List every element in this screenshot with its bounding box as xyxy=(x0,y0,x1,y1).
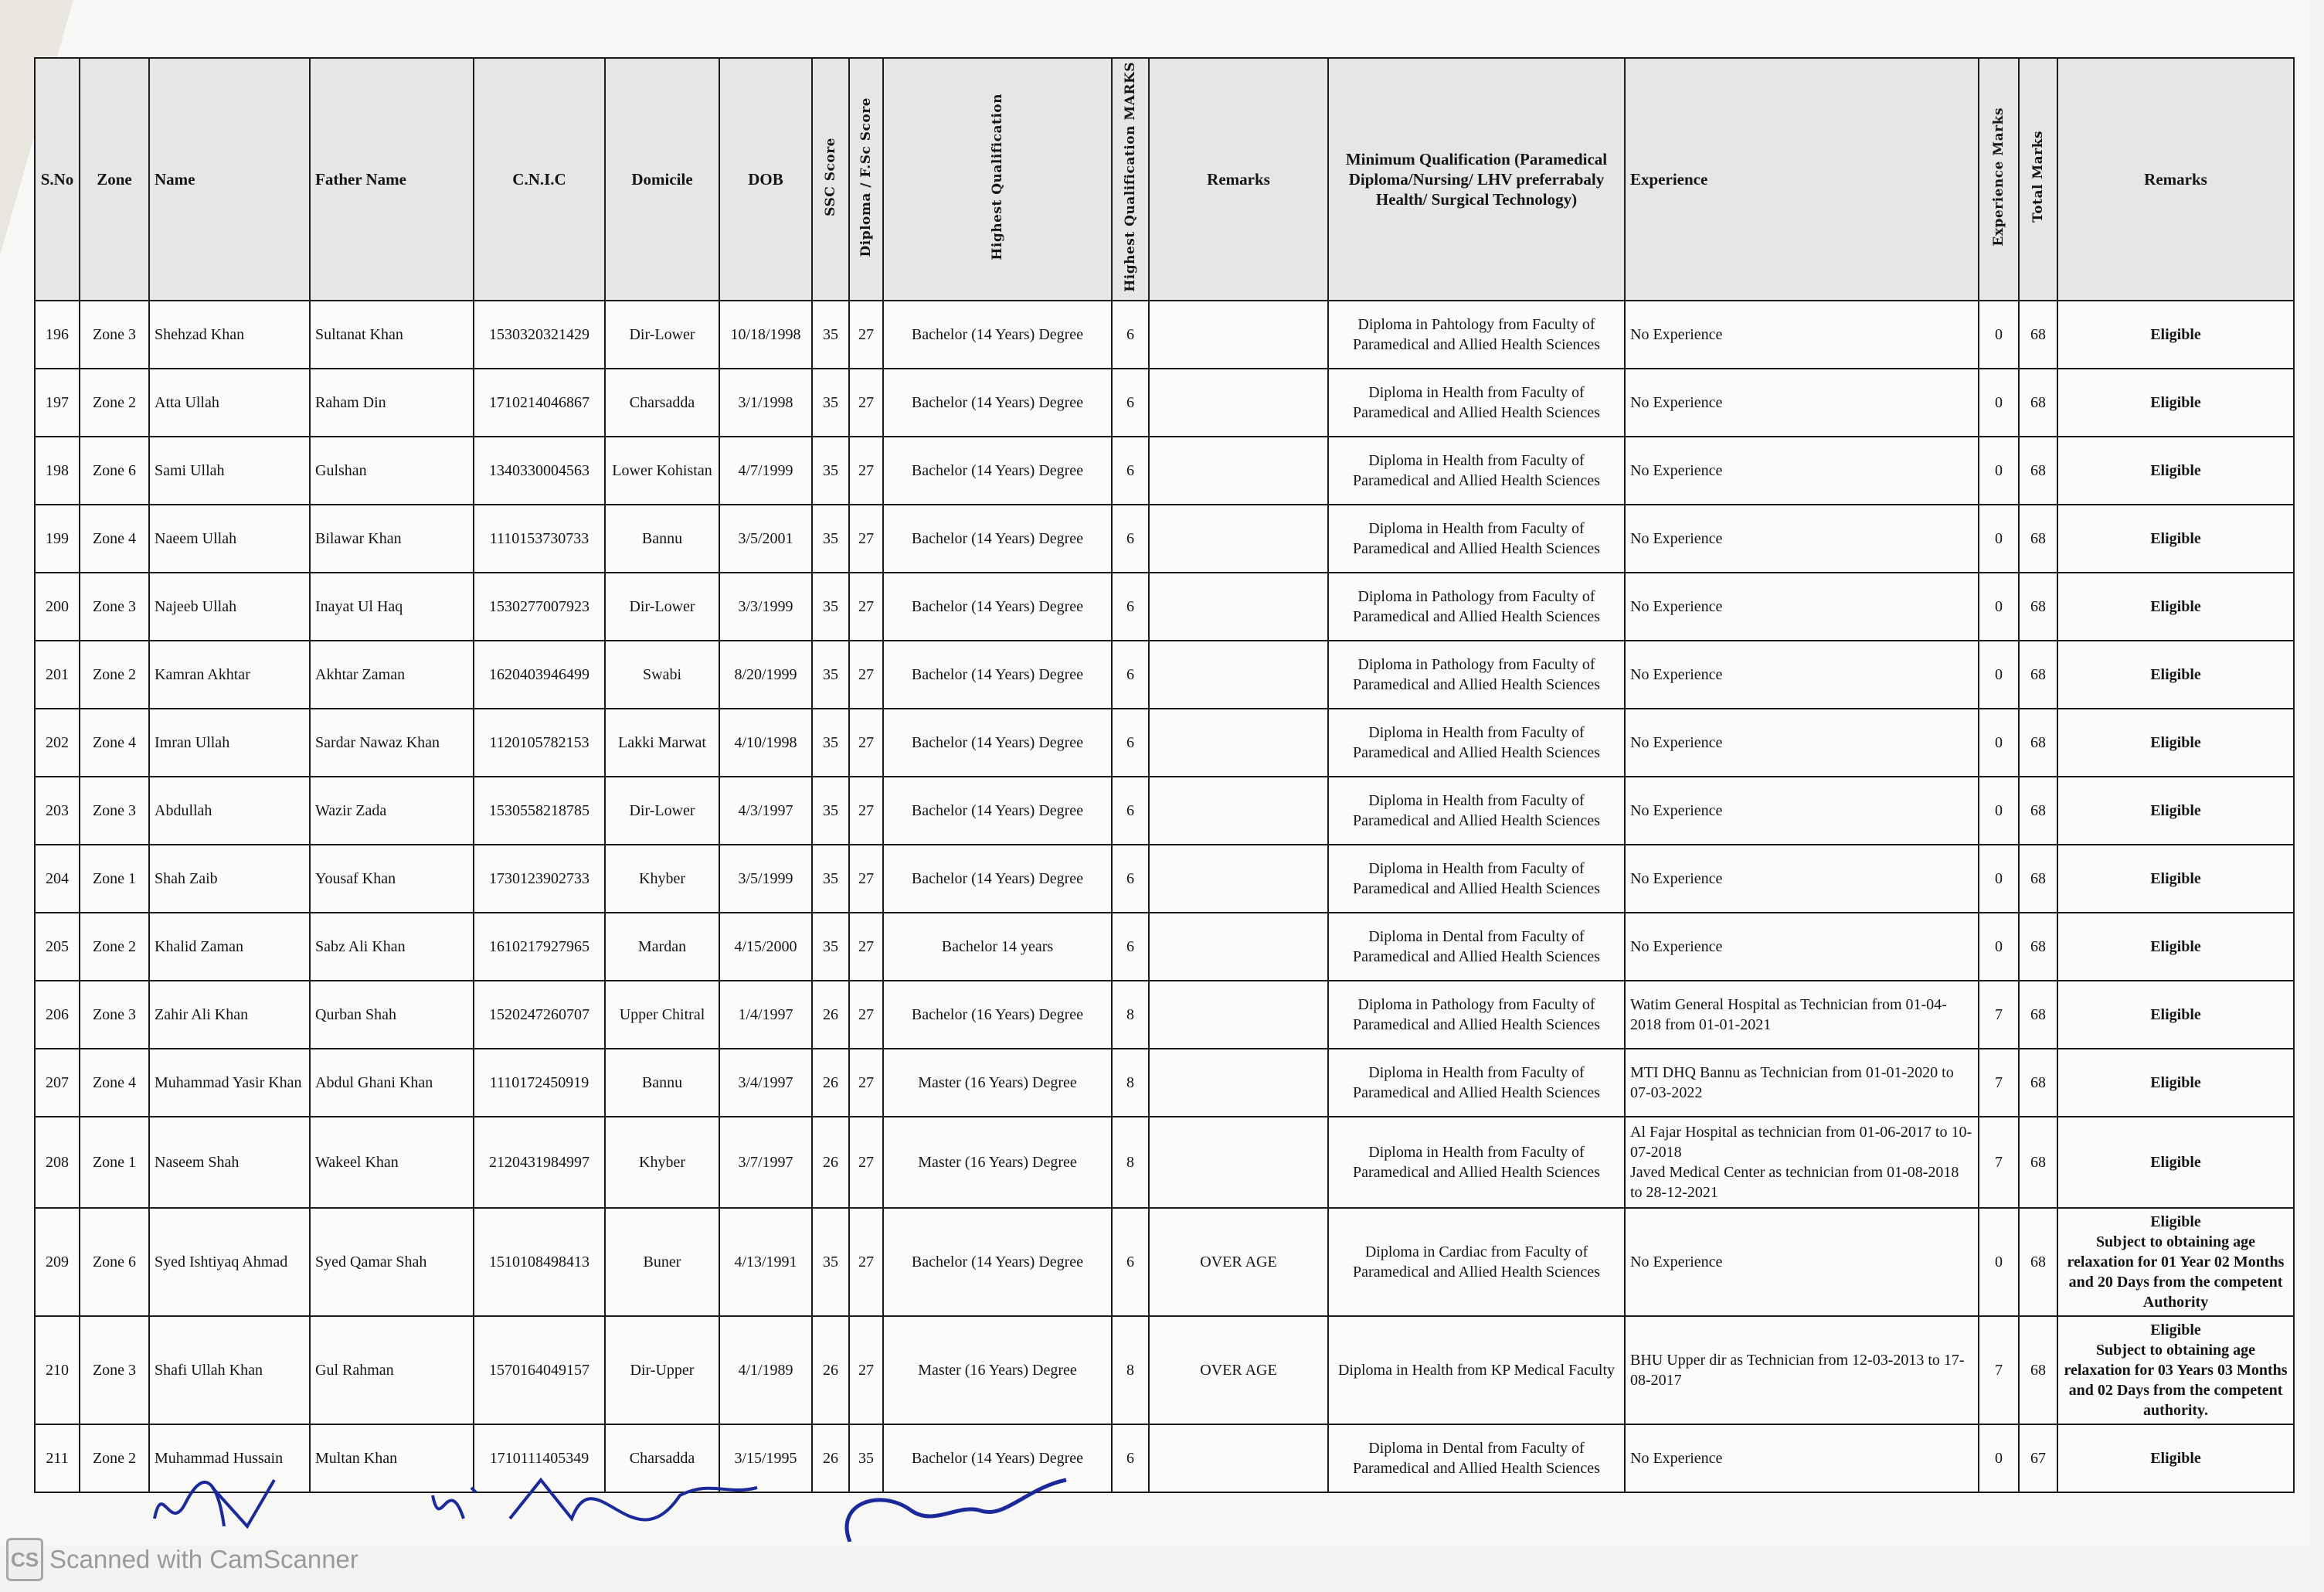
table-row: 196Zone 3Shehzad KhanSultanat Khan153032… xyxy=(35,301,2294,369)
header-diploma-score: Diploma / F.Sc Score xyxy=(849,58,883,301)
cell-dob: 3/5/1999 xyxy=(719,845,812,913)
cell-ssc-score: 35 xyxy=(812,709,849,777)
header-total-marks-label: Total Marks xyxy=(2028,131,2048,223)
cell-total-marks: 68 xyxy=(2019,505,2057,573)
cell-hq-marks: 6 xyxy=(1112,369,1149,437)
cell-hq-marks: 8 xyxy=(1112,1316,1149,1424)
cell-experience: No Experience xyxy=(1625,369,1979,437)
cell-min-qualification: Diploma in Dental from Faculty of Parame… xyxy=(1328,1424,1625,1492)
cell-highest-qualification: Bachelor (14 Years) Degree xyxy=(883,777,1112,845)
table-row: 202Zone 4Imran UllahSardar Nawaz Khan112… xyxy=(35,709,2294,777)
cell-cnic: 1570164049157 xyxy=(474,1316,605,1424)
cell-diploma-score: 27 xyxy=(849,1208,883,1316)
cell-zone: Zone 4 xyxy=(80,1049,149,1117)
cell-highest-qualification: Bachelor (14 Years) Degree xyxy=(883,709,1112,777)
cell-name: Naeem Ullah xyxy=(149,505,310,573)
cell-total-marks: 68 xyxy=(2019,1208,2057,1316)
cell-highest-qualification: Bachelor (14 Years) Degree xyxy=(883,573,1112,641)
cell-highest-qualification: Bachelor (16 Years) Degree xyxy=(883,981,1112,1049)
cell-remarks xyxy=(1149,913,1328,981)
cell-ssc-score: 35 xyxy=(812,777,849,845)
cell-zone: Zone 3 xyxy=(80,1316,149,1424)
cell-ssc-score: 35 xyxy=(812,437,849,505)
cell-diploma-score: 27 xyxy=(849,505,883,573)
header-sno: S.No xyxy=(35,58,80,301)
cell-total-marks: 68 xyxy=(2019,845,2057,913)
table-row: 210Zone 3Shafi Ullah KhanGul Rahman15701… xyxy=(35,1316,2294,1424)
cell-dob: 4/7/1999 xyxy=(719,437,812,505)
table-row: 207Zone 4Muhammad Yasir KhanAbdul Ghani … xyxy=(35,1049,2294,1117)
cell-remarks xyxy=(1149,981,1328,1049)
cell-experience: BHU Upper dir as Technician from 12-03-2… xyxy=(1625,1316,1979,1424)
cell-sno: 197 xyxy=(35,369,80,437)
cell-zone: Zone 2 xyxy=(80,369,149,437)
header-diploma-score-label: Diploma / F.Sc Score xyxy=(856,97,876,257)
cell-hq-marks: 6 xyxy=(1112,505,1149,573)
cell-remarks xyxy=(1149,573,1328,641)
table-body: 196Zone 3Shehzad KhanSultanat Khan153032… xyxy=(35,301,2294,1492)
cell-min-qualification: Diploma in Health from Faculty of Parame… xyxy=(1328,437,1625,505)
cell-name: Sami Ullah xyxy=(149,437,310,505)
cell-cnic: 1610217927965 xyxy=(474,913,605,981)
cell-diploma-score: 27 xyxy=(849,845,883,913)
cell-name: Naseem Shah xyxy=(149,1117,310,1208)
header-remarks-2: Remarks xyxy=(2057,58,2294,301)
cell-ssc-score: 35 xyxy=(812,641,849,709)
cell-eligibility: Eligible xyxy=(2057,505,2294,573)
cell-name: Khalid Zaman xyxy=(149,913,310,981)
table-row: 200Zone 3Najeeb UllahInayat Ul Haq153027… xyxy=(35,573,2294,641)
cell-min-qualification: Diploma in Health from Faculty of Parame… xyxy=(1328,777,1625,845)
table-row: 203Zone 3AbdullahWazir Zada1530558218785… xyxy=(35,777,2294,845)
cell-domicile: Bannu xyxy=(605,505,719,573)
cell-highest-qualification: Master (16 Years) Degree xyxy=(883,1117,1112,1208)
cell-cnic: 1110153730733 xyxy=(474,505,605,573)
cell-experience-marks: 7 xyxy=(1979,1316,2019,1424)
cell-ssc-score: 35 xyxy=(812,573,849,641)
cell-ssc-score: 35 xyxy=(812,1208,849,1316)
cell-experience-marks: 0 xyxy=(1979,437,2019,505)
cell-name: Najeeb Ullah xyxy=(149,573,310,641)
cell-experience: No Experience xyxy=(1625,845,1979,913)
cell-experience-marks: 0 xyxy=(1979,845,2019,913)
cell-total-marks: 68 xyxy=(2019,777,2057,845)
header-dob: DOB xyxy=(719,58,812,301)
cell-diploma-score: 27 xyxy=(849,641,883,709)
cell-name: Imran Ullah xyxy=(149,709,310,777)
signatures xyxy=(139,1472,1221,1542)
cell-remarks xyxy=(1149,301,1328,369)
cell-zone: Zone 3 xyxy=(80,301,149,369)
cell-dob: 1/4/1997 xyxy=(719,981,812,1049)
cell-total-marks: 68 xyxy=(2019,913,2057,981)
cell-eligibility: Eligible xyxy=(2057,981,2294,1049)
cell-remarks xyxy=(1149,709,1328,777)
cell-name: Syed Ishtiyaq Ahmad xyxy=(149,1208,310,1316)
cell-hq-marks: 8 xyxy=(1112,1049,1149,1117)
cell-experience-marks: 0 xyxy=(1979,777,2019,845)
cell-dob: 3/7/1997 xyxy=(719,1117,812,1208)
cell-remarks xyxy=(1149,1049,1328,1117)
header-experience-marks: Experience Marks xyxy=(1979,58,2019,301)
cell-cnic: 1620403946499 xyxy=(474,641,605,709)
cell-domicile: Upper Chitral xyxy=(605,981,719,1049)
cell-eligibility: Eligible xyxy=(2057,437,2294,505)
cell-domicile: Bannu xyxy=(605,1049,719,1117)
header-domicile: Domicile xyxy=(605,58,719,301)
cell-remarks: OVER AGE xyxy=(1149,1208,1328,1316)
cell-total-marks: 68 xyxy=(2019,369,2057,437)
cell-eligibility: Eligible Subject to obtaining age relaxa… xyxy=(2057,1316,2294,1424)
cell-experience: No Experience xyxy=(1625,505,1979,573)
cell-total-marks: 68 xyxy=(2019,641,2057,709)
cell-min-qualification: Diploma in Pahtology from Faculty of Par… xyxy=(1328,301,1625,369)
cell-experience: Al Fajar Hospital as technician from 01-… xyxy=(1625,1117,1979,1208)
cell-domicile: Dir-Lower xyxy=(605,777,719,845)
camscanner-watermark: CS Scanned with CamScanner xyxy=(6,1538,358,1581)
cell-min-qualification: Diploma in Health from KP Medical Facult… xyxy=(1328,1316,1625,1424)
cell-name: Kamran Akhtar xyxy=(149,641,310,709)
cell-domicile: Lakki Marwat xyxy=(605,709,719,777)
cell-experience-marks: 0 xyxy=(1979,573,2019,641)
cell-experience: No Experience xyxy=(1625,437,1979,505)
cell-father-name: Abdul Ghani Khan xyxy=(310,1049,474,1117)
cell-ssc-score: 35 xyxy=(812,845,849,913)
cell-sno: 210 xyxy=(35,1316,80,1424)
cell-dob: 3/3/1999 xyxy=(719,573,812,641)
header-zone: Zone xyxy=(80,58,149,301)
header-highest-qualification-label: Highest Qualification xyxy=(987,94,1007,260)
cell-diploma-score: 27 xyxy=(849,369,883,437)
cell-eligibility: Eligible xyxy=(2057,845,2294,913)
cell-experience: No Experience xyxy=(1625,1208,1979,1316)
cell-name: Abdullah xyxy=(149,777,310,845)
cell-eligibility: Eligible xyxy=(2057,777,2294,845)
cell-hq-marks: 6 xyxy=(1112,301,1149,369)
cell-domicile: Lower Kohistan xyxy=(605,437,719,505)
cell-experience: No Experience xyxy=(1625,913,1979,981)
header-remarks-1: Remarks xyxy=(1149,58,1328,301)
cell-dob: 3/1/1998 xyxy=(719,369,812,437)
cell-name: Shah Zaib xyxy=(149,845,310,913)
cell-diploma-score: 27 xyxy=(849,981,883,1049)
cell-min-qualification: Diploma in Health from Faculty of Parame… xyxy=(1328,1049,1625,1117)
cell-highest-qualification: Master (16 Years) Degree xyxy=(883,1049,1112,1117)
cell-father-name: Bilawar Khan xyxy=(310,505,474,573)
cell-dob: 10/18/1998 xyxy=(719,301,812,369)
cell-father-name: Sultanat Khan xyxy=(310,301,474,369)
cell-experience: Watim General Hospital as Technician fro… xyxy=(1625,981,1979,1049)
table-row: 201Zone 2Kamran AkhtarAkhtar Zaman162040… xyxy=(35,641,2294,709)
cell-remarks xyxy=(1149,777,1328,845)
cell-total-marks: 68 xyxy=(2019,1049,2057,1117)
cell-experience: No Experience xyxy=(1625,641,1979,709)
cell-min-qualification: Diploma in Health from Faculty of Parame… xyxy=(1328,505,1625,573)
cell-domicile: Dir-Upper xyxy=(605,1316,719,1424)
cell-hq-marks: 6 xyxy=(1112,641,1149,709)
cell-total-marks: 68 xyxy=(2019,573,2057,641)
cell-ssc-score: 26 xyxy=(812,1049,849,1117)
cell-domicile: Swabi xyxy=(605,641,719,709)
cell-father-name: Gul Rahman xyxy=(310,1316,474,1424)
cell-experience: No Experience xyxy=(1625,301,1979,369)
header-name: Name xyxy=(149,58,310,301)
header-experience-marks-label: Experience Marks xyxy=(1989,107,2009,247)
cell-experience-marks: 0 xyxy=(1979,1208,2019,1316)
cell-total-marks: 68 xyxy=(2019,981,2057,1049)
cell-hq-marks: 6 xyxy=(1112,573,1149,641)
cell-cnic: 1530320321429 xyxy=(474,301,605,369)
cell-eligibility: Eligible xyxy=(2057,1424,2294,1492)
table-row: 208Zone 1Naseem ShahWakeel Khan212043198… xyxy=(35,1117,2294,1208)
cell-hq-marks: 6 xyxy=(1112,709,1149,777)
cell-remarks: OVER AGE xyxy=(1149,1316,1328,1424)
table-row: 197Zone 2Atta UllahRaham Din171021404686… xyxy=(35,369,2294,437)
cell-experience-marks: 0 xyxy=(1979,369,2019,437)
cell-ssc-score: 35 xyxy=(812,913,849,981)
cell-highest-qualification: Bachelor 14 years xyxy=(883,913,1112,981)
cell-total-marks: 68 xyxy=(2019,437,2057,505)
cell-ssc-score: 35 xyxy=(812,505,849,573)
cell-ssc-score: 26 xyxy=(812,981,849,1049)
cell-experience: No Experience xyxy=(1625,777,1979,845)
cell-sno: 200 xyxy=(35,573,80,641)
table-row: 209Zone 6Syed Ishtiyaq AhmadSyed Qamar S… xyxy=(35,1208,2294,1316)
cell-min-qualification: Diploma in Health from Faculty of Parame… xyxy=(1328,1117,1625,1208)
cell-diploma-score: 27 xyxy=(849,913,883,981)
cell-father-name: Inayat Ul Haq xyxy=(310,573,474,641)
cell-sno: 208 xyxy=(35,1117,80,1208)
cell-experience-marks: 7 xyxy=(1979,981,2019,1049)
cell-father-name: Wakeel Khan xyxy=(310,1117,474,1208)
cell-experience: No Experience xyxy=(1625,573,1979,641)
cell-zone: Zone 6 xyxy=(80,1208,149,1316)
cell-experience-marks: 7 xyxy=(1979,1049,2019,1117)
cell-sno: 206 xyxy=(35,981,80,1049)
cell-cnic: 1340330004563 xyxy=(474,437,605,505)
cell-domicile: Dir-Lower xyxy=(605,573,719,641)
cell-eligibility: Eligible Subject to obtaining age relaxa… xyxy=(2057,1208,2294,1316)
cell-min-qualification: Diploma in Pathology from Faculty of Par… xyxy=(1328,573,1625,641)
cell-dob: 3/5/2001 xyxy=(719,505,812,573)
cell-domicile: Dir-Lower xyxy=(605,301,719,369)
cell-diploma-score: 27 xyxy=(849,437,883,505)
cell-dob: 8/20/1999 xyxy=(719,641,812,709)
cell-cnic: 1530558218785 xyxy=(474,777,605,845)
cell-father-name: Raham Din xyxy=(310,369,474,437)
cell-domicile: Charsadda xyxy=(605,369,719,437)
header-ssc-score: SSC Score xyxy=(812,58,849,301)
cell-dob: 4/1/1989 xyxy=(719,1316,812,1424)
cell-cnic: 1520247260707 xyxy=(474,981,605,1049)
cell-eligibility: Eligible xyxy=(2057,369,2294,437)
cell-diploma-score: 27 xyxy=(849,573,883,641)
cell-zone: Zone 4 xyxy=(80,505,149,573)
cell-experience-marks: 0 xyxy=(1979,913,2019,981)
cell-total-marks: 67 xyxy=(2019,1424,2057,1492)
cell-experience: MTI DHQ Bannu as Technician from 01-01-2… xyxy=(1625,1049,1979,1117)
cell-ssc-score: 26 xyxy=(812,1316,849,1424)
cell-eligibility: Eligible xyxy=(2057,301,2294,369)
cell-sno: 198 xyxy=(35,437,80,505)
cell-eligibility: Eligible xyxy=(2057,573,2294,641)
cell-highest-qualification: Master (16 Years) Degree xyxy=(883,1316,1112,1424)
cell-highest-qualification: Bachelor (14 Years) Degree xyxy=(883,505,1112,573)
cell-sno: 199 xyxy=(35,505,80,573)
cell-experience-marks: 0 xyxy=(1979,641,2019,709)
cell-remarks xyxy=(1149,437,1328,505)
cell-highest-qualification: Bachelor (14 Years) Degree xyxy=(883,1208,1112,1316)
cell-sno: 196 xyxy=(35,301,80,369)
cell-sno: 207 xyxy=(35,1049,80,1117)
cell-name: Atta Ullah xyxy=(149,369,310,437)
cell-highest-qualification: Bachelor (14 Years) Degree xyxy=(883,641,1112,709)
cell-name: Muhammad Yasir Khan xyxy=(149,1049,310,1117)
table-row: 205Zone 2Khalid ZamanSabz Ali Khan161021… xyxy=(35,913,2294,981)
header-min-qualification: Minimum Qualification (Paramedical Diplo… xyxy=(1328,58,1625,301)
cell-diploma-score: 27 xyxy=(849,777,883,845)
cell-sno: 203 xyxy=(35,777,80,845)
cell-domicile: Khyber xyxy=(605,845,719,913)
cell-eligibility: Eligible xyxy=(2057,709,2294,777)
cell-father-name: Akhtar Zaman xyxy=(310,641,474,709)
cell-cnic: 1120105782153 xyxy=(474,709,605,777)
cell-zone: Zone 6 xyxy=(80,437,149,505)
cell-min-qualification: Diploma in Pathology from Faculty of Par… xyxy=(1328,641,1625,709)
cell-total-marks: 68 xyxy=(2019,1117,2057,1208)
cell-min-qualification: Diploma in Dental from Faculty of Parame… xyxy=(1328,913,1625,981)
cell-experience: No Experience xyxy=(1625,1424,1979,1492)
cell-diploma-score: 27 xyxy=(849,1117,883,1208)
cell-hq-marks: 6 xyxy=(1112,913,1149,981)
header-hq-marks-label: Highest Qualification MARKS xyxy=(1120,62,1140,292)
cell-hq-marks: 6 xyxy=(1112,777,1149,845)
cell-min-qualification: Diploma in Health from Faculty of Parame… xyxy=(1328,369,1625,437)
cell-remarks xyxy=(1149,845,1328,913)
cell-hq-marks: 6 xyxy=(1112,1208,1149,1316)
table-row: 206Zone 3Zahir Ali KhanQurban Shah152024… xyxy=(35,981,2294,1049)
cell-min-qualification: Diploma in Health from Faculty of Parame… xyxy=(1328,709,1625,777)
cell-diploma-score: 27 xyxy=(849,1049,883,1117)
cell-name: Zahir Ali Khan xyxy=(149,981,310,1049)
cell-domicile: Buner xyxy=(605,1208,719,1316)
cell-zone: Zone 3 xyxy=(80,981,149,1049)
watermark-text: Scanned with CamScanner xyxy=(49,1545,358,1574)
cell-dob: 4/3/1997 xyxy=(719,777,812,845)
cell-dob: 4/10/1998 xyxy=(719,709,812,777)
table-row: 199Zone 4Naeem UllahBilawar Khan11101537… xyxy=(35,505,2294,573)
cell-total-marks: 68 xyxy=(2019,301,2057,369)
cell-dob: 4/13/1991 xyxy=(719,1208,812,1316)
cell-father-name: Wazir Zada xyxy=(310,777,474,845)
cell-diploma-score: 27 xyxy=(849,709,883,777)
header-hq-marks: Highest Qualification MARKS xyxy=(1112,58,1149,301)
cell-sno: 205 xyxy=(35,913,80,981)
cell-min-qualification: Diploma in Health from Faculty of Parame… xyxy=(1328,845,1625,913)
cell-highest-qualification: Bachelor (14 Years) Degree xyxy=(883,301,1112,369)
cell-experience-marks: 0 xyxy=(1979,301,2019,369)
cell-cnic: 1110172450919 xyxy=(474,1049,605,1117)
cell-experience-marks: 0 xyxy=(1979,1424,2019,1492)
cell-zone: Zone 1 xyxy=(80,1117,149,1208)
cell-remarks xyxy=(1149,369,1328,437)
cell-eligibility: Eligible xyxy=(2057,1049,2294,1117)
cell-sno: 204 xyxy=(35,845,80,913)
cell-dob: 4/15/2000 xyxy=(719,913,812,981)
cell-sno: 202 xyxy=(35,709,80,777)
cell-sno: 211 xyxy=(35,1424,80,1492)
camscanner-logo-icon: CS xyxy=(6,1538,43,1581)
cell-hq-marks: 6 xyxy=(1112,845,1149,913)
cell-eligibility: Eligible xyxy=(2057,913,2294,981)
cell-ssc-score: 35 xyxy=(812,369,849,437)
header-total-marks: Total Marks xyxy=(2019,58,2057,301)
cell-eligibility: Eligible xyxy=(2057,1117,2294,1208)
cell-name: Shafi Ullah Khan xyxy=(149,1316,310,1424)
header-cnic: C.N.I.C xyxy=(474,58,605,301)
cell-father-name: Syed Qamar Shah xyxy=(310,1208,474,1316)
cell-father-name: Qurban Shah xyxy=(310,981,474,1049)
cell-hq-marks: 6 xyxy=(1112,437,1149,505)
cell-domicile: Khyber xyxy=(605,1117,719,1208)
cell-father-name: Gulshan xyxy=(310,437,474,505)
cell-cnic: 1730123902733 xyxy=(474,845,605,913)
header-father-name: Father Name xyxy=(310,58,474,301)
cell-zone: Zone 4 xyxy=(80,709,149,777)
cell-cnic: 1530277007923 xyxy=(474,573,605,641)
table-row: 204Zone 1Shah ZaibYousaf Khan17301239027… xyxy=(35,845,2294,913)
cell-highest-qualification: Bachelor (14 Years) Degree xyxy=(883,845,1112,913)
cell-highest-qualification: Bachelor (14 Years) Degree xyxy=(883,437,1112,505)
cell-eligibility: Eligible xyxy=(2057,641,2294,709)
header-experience: Experience xyxy=(1625,58,1979,301)
cell-father-name: Sardar Nawaz Khan xyxy=(310,709,474,777)
cell-father-name: Yousaf Khan xyxy=(310,845,474,913)
cell-sno: 201 xyxy=(35,641,80,709)
header-ssc-score-label: SSC Score xyxy=(821,138,841,216)
cell-remarks xyxy=(1149,641,1328,709)
cell-total-marks: 68 xyxy=(2019,709,2057,777)
cell-dob: 3/4/1997 xyxy=(719,1049,812,1117)
cell-min-qualification: Diploma in Cardiac from Faculty of Param… xyxy=(1328,1208,1625,1316)
cell-zone: Zone 2 xyxy=(80,641,149,709)
cell-total-marks: 68 xyxy=(2019,1316,2057,1424)
merit-list-table: S.No Zone Name Father Name C.N.I.C Domic… xyxy=(34,57,2295,1493)
table-row: 198Zone 6Sami UllahGulshan1340330004563L… xyxy=(35,437,2294,505)
cell-zone: Zone 3 xyxy=(80,573,149,641)
cell-hq-marks: 8 xyxy=(1112,1117,1149,1208)
header-highest-qualification: Highest Qualification xyxy=(883,58,1112,301)
cell-highest-qualification: Bachelor (14 Years) Degree xyxy=(883,369,1112,437)
cell-diploma-score: 27 xyxy=(849,1316,883,1424)
cell-remarks xyxy=(1149,1117,1328,1208)
cell-hq-marks: 8 xyxy=(1112,981,1149,1049)
cell-zone: Zone 3 xyxy=(80,777,149,845)
cell-diploma-score: 27 xyxy=(849,301,883,369)
cell-experience-marks: 0 xyxy=(1979,709,2019,777)
cell-zone: Zone 2 xyxy=(80,913,149,981)
header-row: S.No Zone Name Father Name C.N.I.C Domic… xyxy=(35,58,2294,301)
cell-name: Shehzad Khan xyxy=(149,301,310,369)
cell-ssc-score: 35 xyxy=(812,301,849,369)
cell-experience: No Experience xyxy=(1625,709,1979,777)
cell-ssc-score: 26 xyxy=(812,1117,849,1208)
cell-remarks xyxy=(1149,505,1328,573)
cell-zone: Zone 1 xyxy=(80,845,149,913)
cell-experience-marks: 7 xyxy=(1979,1117,2019,1208)
cell-cnic: 1510108498413 xyxy=(474,1208,605,1316)
cell-cnic: 1710214046867 xyxy=(474,369,605,437)
